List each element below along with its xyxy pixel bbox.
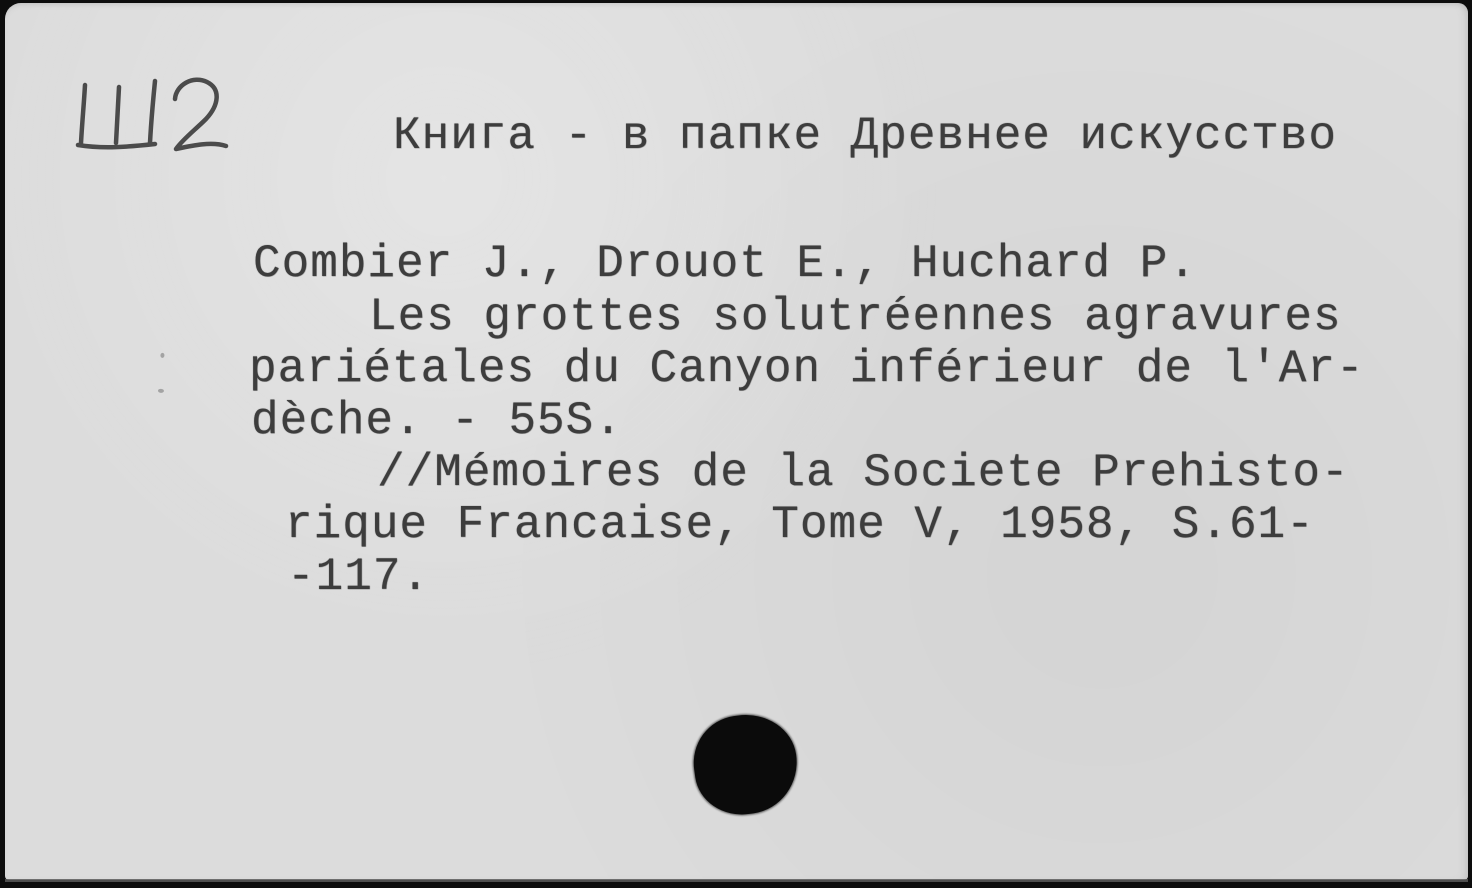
- classmark-handwriting: Ш2: [63, 69, 253, 164]
- card-bottom-edge: [5, 879, 1468, 882]
- stray-pencil-marks: [157, 351, 170, 402]
- entry-source-line-3: -117.: [287, 554, 430, 600]
- entry-title-line-3: dèche. - 55S.: [251, 398, 623, 444]
- entry-authors-line: Combier J., Drouot E., Huchard P.: [253, 241, 1197, 287]
- header-note: Книга - в папке Древнее искусство: [393, 113, 1337, 159]
- classmark-strokes: [63, 69, 253, 164]
- entry-source-line-2: rique Francaise, Tome V, 1958, S.61-: [285, 502, 1315, 548]
- entry-title-line-1: Les grottes solutréennes agravures: [369, 294, 1342, 340]
- entry-source-line-1: //Mémoires de la Societe Prehisto-: [377, 450, 1350, 496]
- entry-title-line-2: pariétales du Canyon inférieur de l'Ar-: [249, 346, 1365, 392]
- catalog-card: Ш2 Книга - в папке Древнее искусство Com…: [5, 3, 1468, 880]
- punch-hole-mark: [688, 708, 804, 820]
